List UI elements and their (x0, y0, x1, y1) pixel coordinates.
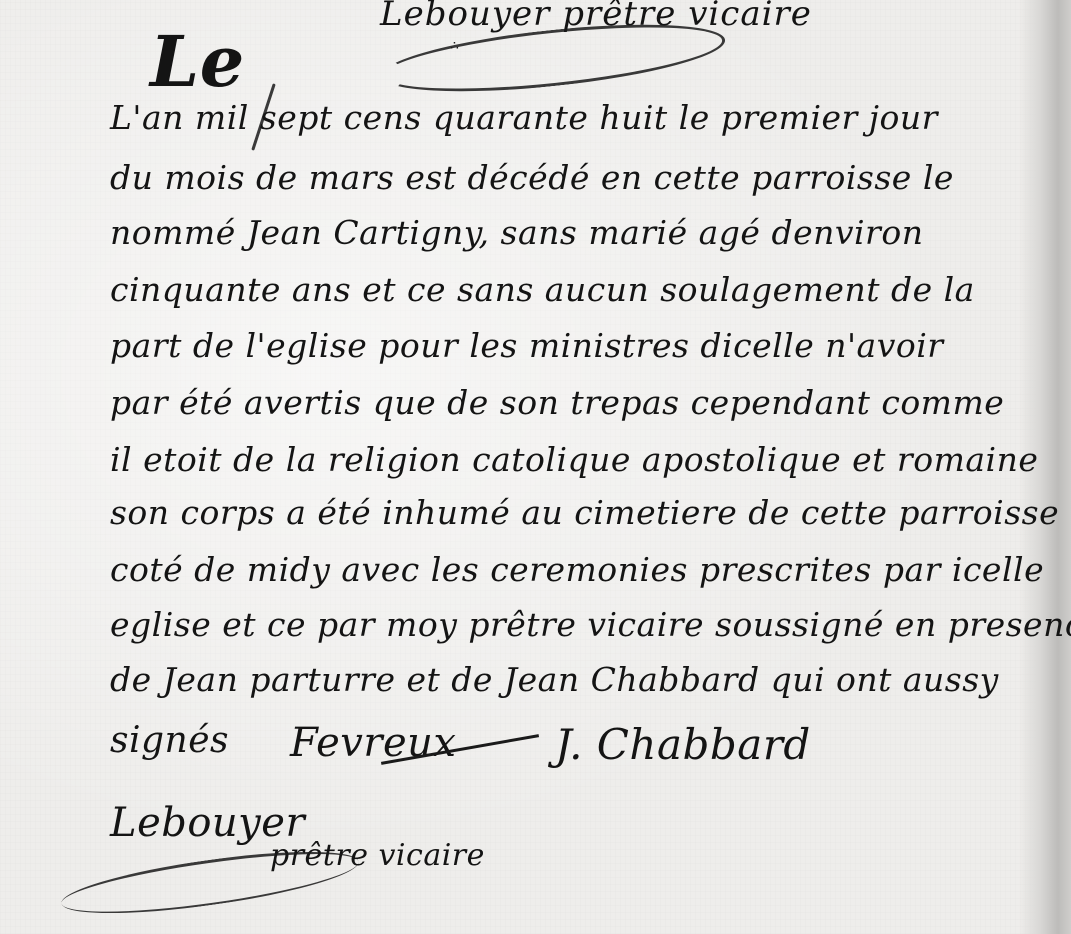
entry-line-3: nommé Jean Cartigny, sans marié agé denv… (110, 213, 923, 252)
witness-signature-1: Fevreux (290, 720, 456, 766)
margin-mark: Le (150, 20, 245, 103)
footer-signature-flourish (58, 839, 361, 925)
header-signature-name: Lebouyer (380, 0, 550, 34)
signatures-label: signés (110, 720, 229, 761)
register-page: Lebouyer prêtre vicaire ∴ Le L'an mil se… (0, 0, 1071, 934)
entry-line-10: eglise et ce par moy prêtre vicaire sous… (110, 605, 1071, 644)
flourish-dots: ∴ (450, 38, 459, 54)
entry-line-8: son corps a été inhumé au cimetiere de c… (110, 493, 1059, 532)
entry-line-9: coté de midy avec les ceremonies prescri… (110, 550, 1044, 589)
entry-line-1: L'an mil sept cens quarante huit le prem… (110, 98, 938, 137)
entry-line-4: cinquante ans et ce sans aucun soulageme… (110, 270, 975, 309)
entry-line-11: de Jean parturre et de Jean Chabbard qui… (110, 660, 999, 699)
entry-line-7: il etoit de la religion catolique aposto… (110, 440, 1038, 479)
witness-signature-2: J. Chabbard (555, 720, 811, 769)
entry-line-2: du mois de mars est décédé en cette parr… (110, 158, 954, 197)
entry-line-5: part de l'eglise pour les ministres dice… (110, 326, 944, 365)
entry-line-6: par été avertis que de son trepas cepend… (110, 383, 1004, 422)
